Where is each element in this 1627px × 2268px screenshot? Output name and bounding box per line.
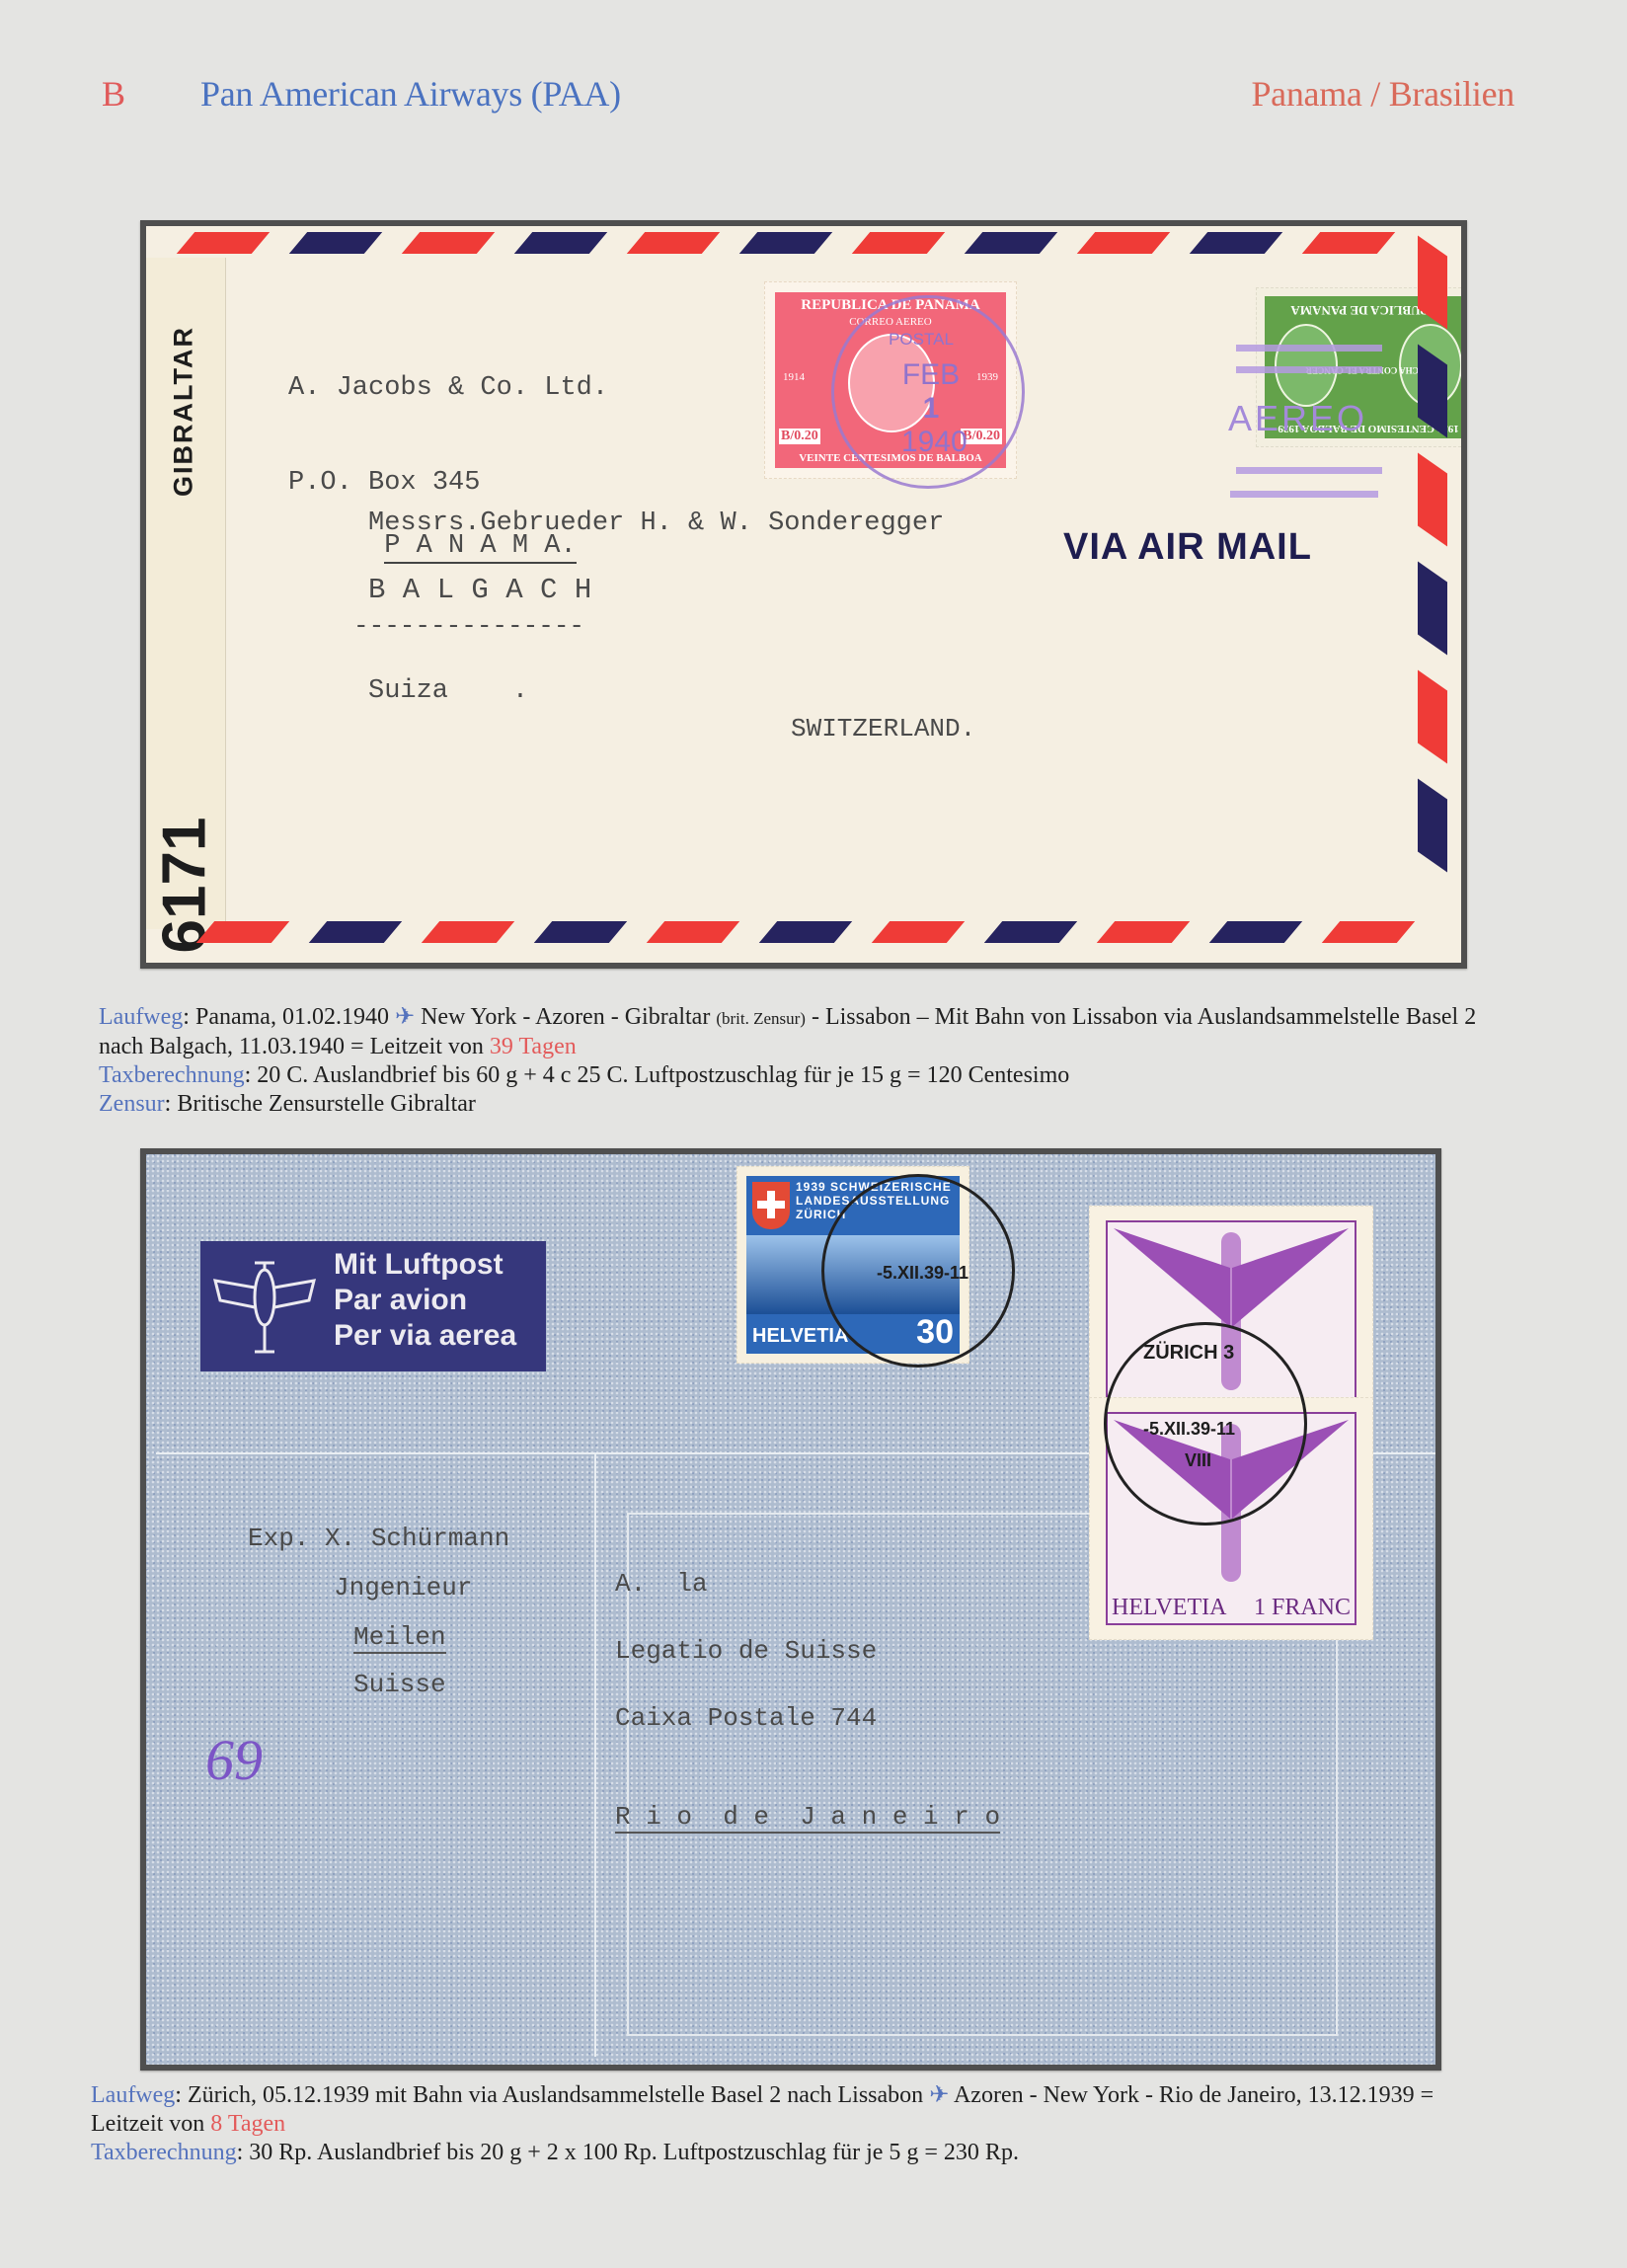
airmail-border-stripe	[534, 921, 627, 943]
plane-icon: ✈	[929, 2082, 949, 2108]
panel-divider	[594, 1454, 596, 2057]
airmail-border-stripe	[1209, 921, 1302, 943]
airplane-icon	[210, 1253, 319, 1364]
transit-duration: 39 Tagen	[490, 1034, 577, 1059]
recipient-line: A. la	[615, 1569, 708, 1599]
airmail-border-stripe	[1418, 561, 1447, 655]
airmail-border-stripe	[647, 921, 739, 943]
route-label: Laufweg	[99, 1004, 183, 1030]
recipient-underline: ---------------	[353, 611, 584, 641]
recipient-legation: Legatio de Suisse	[615, 1636, 877, 1666]
via-air-mail-marking: VIA AIR MAIL	[1063, 526, 1312, 569]
section-letter: B	[102, 73, 125, 115]
postmark-date: FEB 1 1940	[901, 358, 961, 459]
postmark-bar	[1236, 467, 1382, 474]
airmail-border-stripe	[309, 921, 402, 943]
caption-cover1: Laufweg: Panama, 01.02.1940 ✈ New York -…	[99, 1003, 1511, 1119]
postmark-office: VIII	[1185, 1450, 1211, 1471]
transit-duration: 8 Tagen	[210, 2111, 285, 2137]
censor-label: GIBRALTAR	[169, 293, 199, 530]
postmark-city: ZÜRICH 3	[1143, 1342, 1234, 1365]
airmail-border-stripe	[1322, 921, 1415, 943]
airmail-border-stripe	[965, 232, 1057, 254]
airmail-border-stripe	[759, 921, 852, 943]
sender-name: Exp. X. Schürmann	[248, 1524, 509, 1553]
airmail-border-stripe	[1418, 778, 1447, 872]
airmail-border-stripe	[739, 232, 832, 254]
plane-icon: ✈	[395, 1004, 415, 1030]
recipient-city: B A L G A C H	[368, 574, 591, 606]
recipient-name: Messrs.Gebrueder H. & W. Sonderegger	[368, 508, 944, 538]
airmail-border-stripe	[402, 232, 495, 254]
recipient-country-en: SWITZERLAND.	[791, 714, 975, 743]
swiss-cross-icon	[752, 1182, 790, 1229]
page-title: Pan American Airways (PAA)	[200, 73, 621, 115]
airmail-etiquette: Mit Luftpost Par avion Per via aerea	[200, 1241, 546, 1371]
sender-city: Meilen	[353, 1622, 446, 1654]
cover-zurich-envelope: Mit Luftpost Par avion Per via aerea 193…	[140, 1148, 1441, 2071]
censor-label: Zensur	[99, 1091, 165, 1117]
sender-country: Suisse	[353, 1670, 446, 1699]
recipient-city: R i o d e J a n e i r o	[615, 1802, 1000, 1834]
route-title: Panama / Brasilien	[1251, 73, 1514, 115]
postmark-bar	[1236, 345, 1382, 352]
sender-profession: Jngenieur	[334, 1573, 472, 1603]
airmail-border-stripe	[1302, 232, 1395, 254]
postmark-slogan: AEREO	[1228, 398, 1367, 439]
airmail-border-stripe	[196, 921, 289, 943]
airmail-border-stripe	[177, 232, 270, 254]
cover-panama-envelope: GIBRALTAR 6171 A. Jacobs & Co. Ltd. P.O.…	[140, 220, 1467, 969]
postmark-date: -5.XII.39-11	[1143, 1419, 1235, 1440]
handwritten-note: 69	[205, 1727, 263, 1793]
airmail-border-stripe	[1418, 452, 1447, 546]
airmail-border-stripe	[872, 921, 965, 943]
route-label: Laufweg	[91, 2082, 175, 2108]
postmark-bar	[1236, 366, 1382, 373]
airmail-border-stripe	[514, 232, 607, 254]
recipient-postbox: Caixa Postale 744	[615, 1703, 877, 1733]
postmark-text: POSTAL	[882, 323, 961, 356]
airmail-border-stripe	[1190, 232, 1282, 254]
airmail-border-stripe	[422, 921, 514, 943]
sender-address: A. Jacobs & Co. Ltd. P.O. Box 345 P A N …	[288, 309, 608, 595]
recipient-country-es: Suiza .	[368, 676, 528, 706]
airmail-border-stripe	[1097, 921, 1190, 943]
postmark-bar	[1230, 491, 1378, 498]
airmail-border-stripe	[1418, 669, 1447, 763]
caption-cover2: Laufweg: Zürich, 05.12.1939 mit Bahn via…	[91, 2081, 1503, 2167]
airmail-border-stripe	[627, 232, 720, 254]
tax-label: Taxberechnung	[91, 2140, 237, 2165]
censor-tape: GIBRALTAR 6171	[146, 258, 226, 929]
airmail-border-stripe	[852, 232, 945, 254]
tax-label: Taxberechnung	[99, 1062, 245, 1088]
airmail-border-stripe	[289, 232, 382, 254]
airmail-border-stripe	[984, 921, 1077, 943]
postmark-date: -5.XII.39-11	[877, 1263, 968, 1284]
airmail-border-stripe	[1077, 232, 1170, 254]
